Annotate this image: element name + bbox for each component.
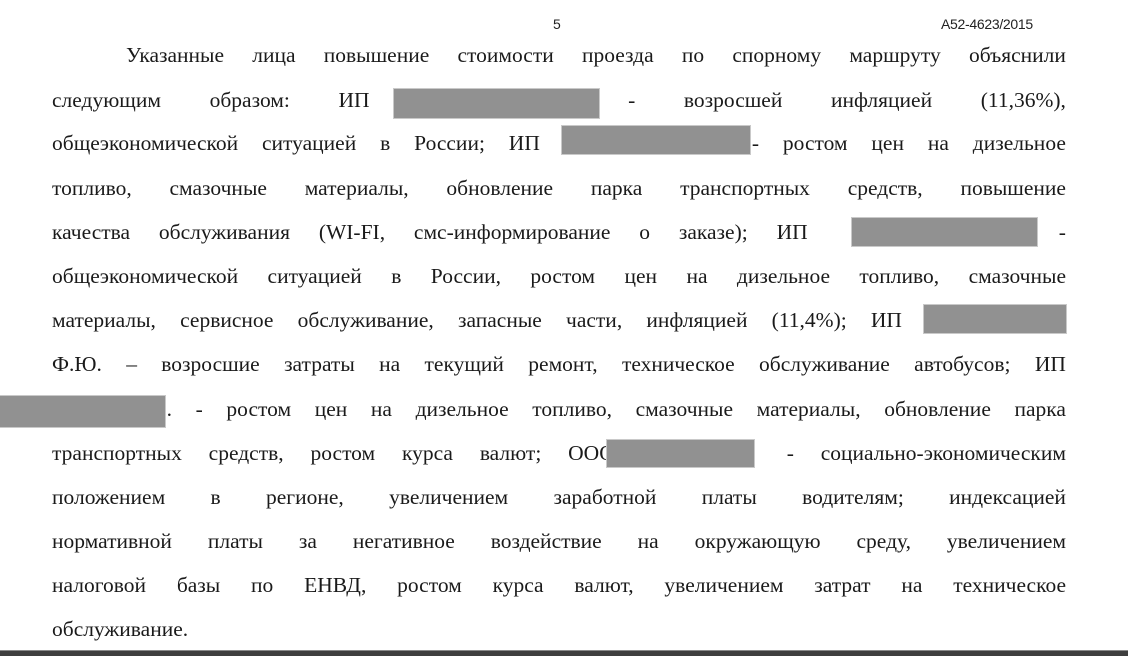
- word: стоимости: [458, 40, 554, 70]
- word: на: [638, 526, 659, 556]
- word: на: [379, 349, 400, 379]
- word: цен: [315, 394, 348, 424]
- word: общеэкономической: [52, 261, 238, 291]
- word: затраты: [284, 349, 355, 379]
- word: валют,: [574, 570, 633, 600]
- word: инфляцией: [646, 305, 747, 335]
- text-line: топливо,смазочныематериалы,обновлениепар…: [52, 173, 1066, 203]
- redaction-box: [607, 440, 754, 467]
- text-line: общеэкономическойситуациейвРоссии;ИП .-р…: [52, 128, 1066, 158]
- word: смазочные: [170, 173, 267, 203]
- word: увеличением: [664, 570, 783, 600]
- word: ИП: [777, 217, 808, 247]
- word: негативное: [353, 526, 455, 556]
- word: России;: [414, 128, 485, 158]
- word: средств,: [848, 173, 923, 203]
- word: материалы,: [757, 394, 861, 424]
- word: платы: [208, 526, 263, 556]
- word: -: [752, 128, 759, 158]
- word: топливо,: [52, 173, 132, 203]
- word: ИП: [1035, 349, 1066, 379]
- word: объяснили: [969, 40, 1066, 70]
- word: на: [371, 394, 392, 424]
- word: налоговой: [52, 570, 146, 600]
- word: качества: [52, 217, 130, 247]
- word: ситуацией: [268, 261, 362, 291]
- word: обслуживания: [159, 217, 290, 247]
- word: транспортных: [52, 438, 182, 468]
- viewer-bottom-edge: [0, 650, 1128, 656]
- word: маршруту: [849, 40, 940, 70]
- word: Ф.Ю.: [52, 349, 102, 379]
- word: Указанные: [126, 40, 224, 70]
- word: ИП: [339, 85, 370, 115]
- word: ростом: [530, 261, 595, 291]
- text-line: обслуживание.: [52, 614, 1066, 644]
- word: водителям;: [802, 482, 904, 512]
- word: воздействие: [491, 526, 602, 556]
- word: цен: [624, 261, 657, 291]
- word: -: [628, 85, 635, 115]
- word: ситуацией: [262, 128, 356, 158]
- word: ЕНВД,: [304, 570, 366, 600]
- word: возросшие: [161, 349, 259, 379]
- word: в: [211, 482, 221, 512]
- word: парка: [591, 173, 642, 203]
- text-line: транспортныхсредств,ростомкурсавалют;ООО…: [52, 438, 1066, 468]
- word: ростом: [310, 438, 375, 468]
- word: автобусов;: [914, 349, 1010, 379]
- word: обслуживание.: [52, 614, 188, 644]
- word: проезда: [582, 40, 654, 70]
- word: (WI-FI,: [319, 217, 385, 247]
- redaction-box: [562, 126, 750, 154]
- word: запасные: [458, 305, 542, 335]
- word: России,: [431, 261, 501, 291]
- word: дизельное: [737, 261, 830, 291]
- word: материалы,: [305, 173, 409, 203]
- word: обновление: [884, 394, 991, 424]
- word: спорному: [732, 40, 821, 70]
- word: –: [126, 349, 137, 379]
- word: дизельное: [973, 128, 1066, 158]
- word: смс-информирование: [414, 217, 611, 247]
- word: платы: [702, 482, 757, 512]
- word: смазочные: [969, 261, 1066, 291]
- case-number: А52-4623/2015: [941, 16, 1033, 32]
- word: в: [391, 261, 401, 291]
- word: положением: [52, 482, 165, 512]
- word: курса: [402, 438, 453, 468]
- word: повышение: [960, 173, 1066, 203]
- word: смазочные: [636, 394, 733, 424]
- page-number: 5: [553, 16, 561, 32]
- word: топливо,: [859, 261, 939, 291]
- word: общеэкономической: [52, 128, 238, 158]
- text-line: общеэкономическойситуациейвРоссии,ростом…: [52, 261, 1066, 291]
- word: среду,: [857, 526, 911, 556]
- word: в: [380, 128, 390, 158]
- word: техническое: [953, 570, 1066, 600]
- word: заработной: [553, 482, 656, 512]
- word: следующим: [52, 85, 161, 115]
- word: обновление: [446, 173, 553, 203]
- redaction-box: [852, 218, 1037, 246]
- word: валют;: [480, 438, 541, 468]
- text-line: положениемврегионе,увеличениемзаработной…: [52, 482, 1066, 512]
- word: (11,4%);: [772, 305, 847, 335]
- word: повышение: [324, 40, 430, 70]
- word: техническое: [622, 349, 735, 379]
- word: на: [928, 128, 949, 158]
- text-line: Ф.Ю.–возросшиезатратынатекущийремонт,тех…: [52, 349, 1066, 379]
- word: на: [686, 261, 707, 291]
- word: по: [251, 570, 273, 600]
- word: инфляцией: [831, 85, 932, 115]
- word: ИП: [871, 305, 902, 335]
- word: регионе,: [266, 482, 344, 512]
- word: топливо,: [532, 394, 612, 424]
- word: ростом: [226, 394, 291, 424]
- word: образом:: [210, 85, 290, 115]
- word: сервисное: [180, 305, 273, 335]
- word: части,: [566, 305, 622, 335]
- redaction-box: [924, 305, 1066, 333]
- word: -: [196, 394, 203, 424]
- word: о: [639, 217, 650, 247]
- word: возросшей: [684, 85, 782, 115]
- word: за: [299, 526, 317, 556]
- word: ростом: [397, 570, 462, 600]
- word: увеличением: [947, 526, 1066, 556]
- text-line: нормативнойплатызанегативноевоздействиен…: [52, 526, 1066, 556]
- word: по: [682, 40, 704, 70]
- word: текущий: [425, 349, 504, 379]
- word: ремонт,: [528, 349, 597, 379]
- word: (11,36%),: [981, 85, 1066, 115]
- redaction-box: [0, 396, 165, 427]
- word: средств,: [209, 438, 284, 468]
- word: транспортных: [680, 173, 810, 203]
- word: обслуживание: [759, 349, 890, 379]
- word: социально-экономическим: [821, 438, 1066, 468]
- word: окружающую: [695, 526, 821, 556]
- word: нормативной: [52, 526, 172, 556]
- word: парка: [1014, 394, 1065, 424]
- word: обслуживание,: [298, 305, 434, 335]
- text-line: материалы,сервисноеобслуживание,запасные…: [52, 305, 1066, 335]
- word: индексацией: [949, 482, 1066, 512]
- text-line: Указанныелицаповышениестоимостипроездапо…: [126, 40, 1066, 70]
- redaction-box: [394, 89, 599, 118]
- word: лица: [252, 40, 295, 70]
- word: цен: [871, 128, 904, 158]
- word: материалы,: [52, 305, 156, 335]
- word: увеличением: [389, 482, 508, 512]
- word: базы: [177, 570, 220, 600]
- text-line: налоговойбазыпоЕНВД,ростомкурсавалют,уве…: [52, 570, 1066, 600]
- word: на: [901, 570, 922, 600]
- word: дизельное: [416, 394, 509, 424]
- word: курса: [493, 570, 544, 600]
- word: -: [1059, 217, 1066, 247]
- word: затрат: [814, 570, 870, 600]
- word: ростом: [783, 128, 848, 158]
- word: заказе);: [679, 217, 748, 247]
